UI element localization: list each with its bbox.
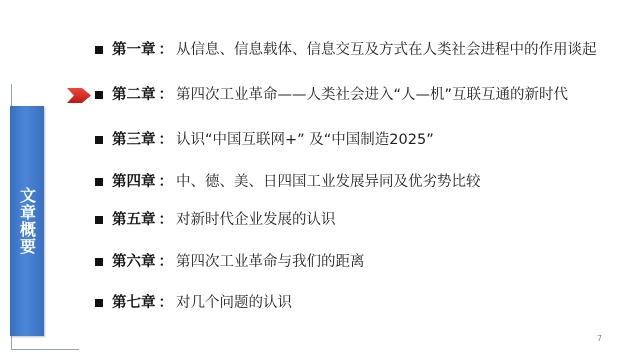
sidebar-title: 文章概要: [18, 187, 37, 255]
chapter-item-5: 第五章 ： 对新时代企业发展的认识: [95, 210, 336, 230]
chapter-item-1: 第一章 ： 从信息、信息载体、信息交互及方式在人类社会进程中的作用谈起: [95, 40, 597, 60]
page-number: 7: [597, 334, 602, 343]
square-bullet-icon: [95, 216, 103, 224]
chapter-desc: 认识“中国互联网+” 及“中国制造2025”: [176, 130, 434, 150]
chapter-desc: 第四次工业革命——人类社会进入“人—机”互联互通的新时代: [176, 85, 568, 105]
chapter-label: 第五章: [112, 210, 156, 230]
chapter-label: 第一章: [112, 40, 156, 60]
chapter-item-4: 第四章 ： 中、德、美、日四国工业发展异同及优劣势比较: [95, 172, 481, 192]
colon: ：: [159, 40, 174, 60]
chapter-item-6: 第六章 ： 第四次工业革命与我们的距离: [95, 252, 365, 272]
square-bullet-icon: [95, 178, 103, 186]
colon: ：: [159, 85, 174, 105]
chapter-label: 第六章: [112, 252, 156, 272]
square-bullet-icon: [95, 91, 103, 99]
chapter-desc: 对新时代企业发展的认识: [176, 210, 336, 230]
square-bullet-icon: [95, 299, 103, 307]
square-bullet-icon: [95, 136, 103, 144]
square-bullet-icon: [95, 258, 103, 266]
horizontal-divider-line: [11, 349, 79, 350]
chapter-label: 第三章: [112, 130, 156, 150]
chapter-item-7: 第七章 ： 对几个问题的认识: [95, 293, 292, 313]
chapter-label: 第四章: [112, 172, 156, 192]
red-chevron-arrow-icon: [67, 88, 91, 103]
colon: ：: [159, 252, 174, 272]
chapter-item-3: 第三章 ： 认识“中国互联网+” 及“中国制造2025”: [95, 130, 434, 150]
colon: ：: [159, 293, 174, 313]
colon: ：: [159, 172, 174, 192]
chapter-desc: 中、德、美、日四国工业发展异同及优劣势比较: [176, 172, 481, 192]
square-bullet-icon: [95, 46, 103, 54]
chapter-desc: 对几个问题的认识: [176, 293, 292, 313]
chapter-label: 第七章: [112, 293, 156, 313]
chapter-desc: 从信息、信息载体、信息交互及方式在人类社会进程中的作用谈起: [176, 40, 597, 60]
chapter-desc: 第四次工业革命与我们的距离: [176, 252, 365, 272]
colon: ：: [159, 210, 174, 230]
colon: ：: [159, 130, 174, 150]
chapter-item-2: 第二章 ： 第四次工业革命——人类社会进入“人—机”互联互通的新时代: [95, 85, 568, 105]
sidebar-title-bar: 文章概要: [10, 106, 44, 336]
chapter-label: 第二章: [112, 85, 156, 105]
